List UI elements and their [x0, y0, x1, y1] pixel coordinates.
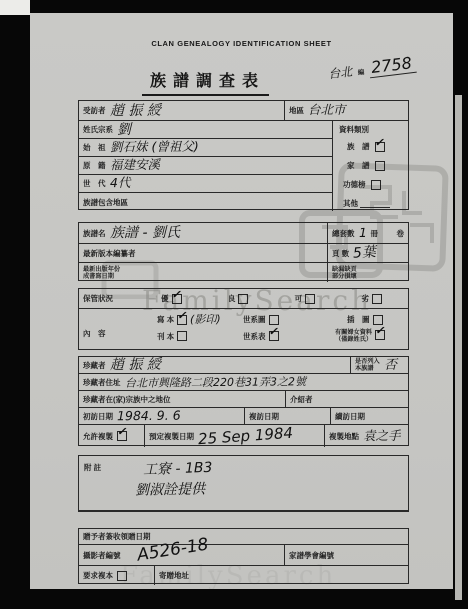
- content-manuscript-note: (影印): [190, 314, 221, 325]
- sets-label: 總套數: [332, 228, 355, 239]
- copy-permit-checkbox: ✓: [117, 431, 127, 441]
- content-manuscript: 寫 本 ✓ (影印): [157, 314, 243, 325]
- first-ancestor-label: 始 祖: [83, 142, 106, 153]
- sets-unit-label: 冊: [370, 228, 378, 239]
- photographer-number-label: 攝影者編號: [83, 550, 121, 561]
- copy-date-value: 25 Sep 1984: [198, 425, 294, 447]
- condition-excellent: 優 ✓: [161, 293, 182, 304]
- sets-cell: 總套數 1 冊 卷: [328, 223, 408, 243]
- publication-date-label: 最新出版年份成書寫日期: [83, 266, 120, 280]
- condition-good: 良: [228, 293, 249, 304]
- first-ancestor-value: 劉石妹 (曾祖父): [109, 141, 198, 154]
- copy-request-checkbox: [117, 571, 127, 581]
- content-cell-label: 內 容: [79, 309, 157, 351]
- content-pedigree-table: 世系表 ✓: [243, 329, 329, 343]
- content-illustrations: 插 圖: [329, 314, 408, 325]
- material-other-label: 其他: [343, 198, 358, 209]
- scan-edge-artifact: [455, 95, 462, 600]
- volume-unit-label: 卷: [397, 228, 405, 239]
- interviewee-value: 趙 振 綬: [109, 103, 160, 117]
- condition-table: 保管狀況 優 ✓ 良 可 劣: [78, 288, 409, 350]
- copy-request-cell: 要求複本: [79, 566, 155, 585]
- owner-label: 珍藏者: [83, 360, 106, 371]
- third-visit-cell: 續訪日期: [331, 408, 408, 424]
- material-zupu-checkmark: ✓: [375, 136, 384, 149]
- interviewee-label: 受訪者: [83, 105, 106, 116]
- listed-cell: 是否列入本族譜 否: [350, 357, 408, 373]
- registration-number-handwritten: 2758: [368, 53, 417, 79]
- identity-table: 受訪者 趙 振 綬 地區 台北市 姓氏宗系 劉 始 祖 劉石: [78, 100, 409, 210]
- second-visit-label: 複訪日期: [249, 411, 279, 422]
- damage-cell: 缺漏缺頁部分損壞: [328, 263, 408, 282]
- generations-value: 4代: [109, 177, 130, 190]
- scanned-form-page: CLAN GENEALOGY IDENTIFICATION SHEET 族譜調查…: [30, 13, 453, 589]
- donor-receipt-cell: 贈予者簽收領贈日期: [79, 529, 408, 544]
- owner-address-value: 台北市興隆路二段220巷31弄3之2號: [124, 376, 305, 389]
- copy-request-label: 要求複本: [83, 570, 113, 581]
- copy-place-value: 袁之手: [363, 430, 401, 443]
- second-visit-cell: 複訪日期: [245, 408, 331, 424]
- generations-label: 世 代: [83, 178, 106, 189]
- surname-label: 姓氏宗系: [83, 124, 113, 135]
- listed-value: 否: [384, 358, 397, 371]
- notes-line1: 工寮 - 1B3: [143, 461, 213, 477]
- content-label: 內 容: [83, 328, 106, 339]
- material-zupu-label: 族 譜: [347, 141, 370, 152]
- scan-corner-artifact: [0, 0, 30, 15]
- introducer-label: 介紹者: [290, 394, 313, 405]
- first-ancestor-cell: 始 祖 劉石妹 (曾祖父): [79, 139, 332, 156]
- surname-cell: 姓氏宗系 劉: [79, 121, 332, 138]
- mailing-address-cell: 寄贈地址: [155, 566, 408, 585]
- surname-value: 劉: [117, 122, 131, 136]
- damage-label: 缺漏缺頁部分損壞: [332, 266, 357, 280]
- society-number-label: 家譜學會編號: [289, 550, 334, 561]
- listed-label: 是否列入本族譜: [355, 358, 380, 372]
- material-type-cell: 資料類別 族 譜 ✓ 家 譜 功德榜 其他: [333, 121, 408, 211]
- condition-label: 保管狀況: [83, 293, 113, 304]
- sheet-title-english: CLAN GENEALOGY IDENTIFICATION SHEET: [30, 39, 453, 48]
- processing-table: 贈予者簽收領贈日期 攝影者編號 A526-18 家譜學會編號 要求複本 寄贈地址: [78, 528, 409, 584]
- registration-number-annotation: 台北 編 2758: [327, 55, 417, 84]
- area-label: 地區: [289, 105, 304, 116]
- copy-permit-cell: 允許複製 ✓: [79, 425, 145, 447]
- owner-position-cell: 珍藏者在(家)宗族中之地位: [79, 391, 286, 407]
- owner-address-label: 珍藏者住址: [83, 377, 121, 388]
- material-type-label: 資料類別: [339, 124, 402, 135]
- notes-line2: 劉淑詮提供: [135, 482, 205, 497]
- condition-poor: 劣: [361, 293, 382, 304]
- area-cell: 地區 台北市: [284, 101, 408, 120]
- form-title-chinese: 族譜調查表: [142, 68, 269, 96]
- genealogy-title-label: 族譜名: [83, 228, 106, 239]
- copy-permit-label: 允許複製: [83, 431, 113, 442]
- material-zupu-checkbox: ✓: [375, 142, 385, 152]
- copy-date-cell: 預定複製日期 25 Sep 1984: [145, 425, 325, 447]
- content-printed: 刊 本: [157, 329, 243, 343]
- photographer-number-cell: 攝影者編號 A526-18: [79, 545, 285, 565]
- mailing-address-label: 寄贈地址: [159, 570, 189, 581]
- owner-position-label: 珍藏者在(家)宗族中之地位: [83, 394, 171, 405]
- content-items: 寫 本 ✓ (影印) 世系圖 插 圖 刊 本 世系表: [157, 309, 408, 343]
- material-jiapu-label: 家 譜: [347, 160, 370, 171]
- introducer-cell: 介紹者: [286, 391, 408, 407]
- volume-table: 族譜名 族譜 - 劉氏 總套數 1 冊 卷 最新版本編纂者 頁 數 5葉: [78, 222, 409, 281]
- content-pedigree-chart: 世系圖: [243, 314, 329, 325]
- origin-value: 福建安溪: [109, 159, 159, 172]
- copy-date-label: 預定複製日期: [149, 431, 194, 442]
- third-visit-label: 續訪日期: [335, 411, 365, 422]
- notes-table: 附 註 工寮 - 1B3 劉淑詮提供: [78, 455, 409, 512]
- publication-date-cell: 最新出版年份成書寫日期: [79, 263, 328, 282]
- interviewee-cell: 受訪者 趙 振 綬: [79, 101, 284, 120]
- pages-cell: 頁 數 5葉: [328, 244, 408, 262]
- condition-options: 優 ✓ 良 可 劣: [157, 289, 408, 308]
- material-gongdebang-checkbox: [371, 180, 381, 190]
- owner-cell: 珍藏者 趙 振 綬: [79, 357, 350, 373]
- material-gongdebang-label: 功德榜: [343, 179, 366, 190]
- copy-place-cell: 複製地點 袁之手: [325, 425, 408, 447]
- copy-permit-checkmark: ✓: [117, 425, 126, 438]
- coverage-cell: 族譜包含地區: [79, 193, 332, 211]
- pages-label: 頁 數: [332, 248, 349, 259]
- owner-address-cell: 珍藏者住址 台北市興隆路二段220巷31弄3之2號: [79, 374, 408, 390]
- owner-table: 珍藏者 趙 振 綬 是否列入本族譜 否 珍藏者住址 台北市興隆路二段220巷31…: [78, 356, 409, 446]
- sets-value: 1: [358, 227, 366, 240]
- content-women-data: 有關婦女資料（僅錄姓氏） ✓: [329, 329, 408, 343]
- origin-cell: 原 籍 福建安溪: [79, 157, 332, 174]
- owner-value: 趙 振 綬: [109, 358, 160, 372]
- first-visit-label: 初訪日期: [83, 411, 113, 422]
- coverage-label: 族譜包含地區: [83, 197, 128, 208]
- first-visit-value: 1984. 9. 6: [117, 409, 181, 422]
- area-value: 台北市: [308, 104, 346, 117]
- genealogy-title-value: 族譜 - 劉氏: [109, 226, 179, 241]
- generations-cell: 世 代 4代: [79, 175, 332, 192]
- condition-fair: 可: [295, 293, 316, 304]
- pages-value: 5葉: [353, 245, 377, 261]
- origin-label: 原 籍: [83, 160, 106, 171]
- genealogy-title-cell: 族譜名 族譜 - 劉氏: [79, 223, 328, 243]
- compiler-cell: 最新版本編纂者: [79, 244, 328, 262]
- number-prefix-label: 編: [357, 69, 364, 77]
- society-number-cell: 家譜學會編號: [285, 545, 408, 565]
- compiler-label: 最新版本編纂者: [83, 248, 136, 259]
- region-handwritten: 台北: [327, 64, 353, 81]
- donor-receipt-label: 贈予者簽收領贈日期: [83, 531, 151, 542]
- material-jiapu-checkbox: [375, 161, 385, 171]
- copy-place-label: 複製地點: [329, 431, 359, 442]
- condition-cell: 保管狀況: [79, 289, 157, 308]
- material-other-blank-line: [360, 199, 390, 208]
- notes-label: 附 註: [84, 462, 101, 473]
- first-visit-cell: 初訪日期 1984. 9. 6: [79, 408, 245, 424]
